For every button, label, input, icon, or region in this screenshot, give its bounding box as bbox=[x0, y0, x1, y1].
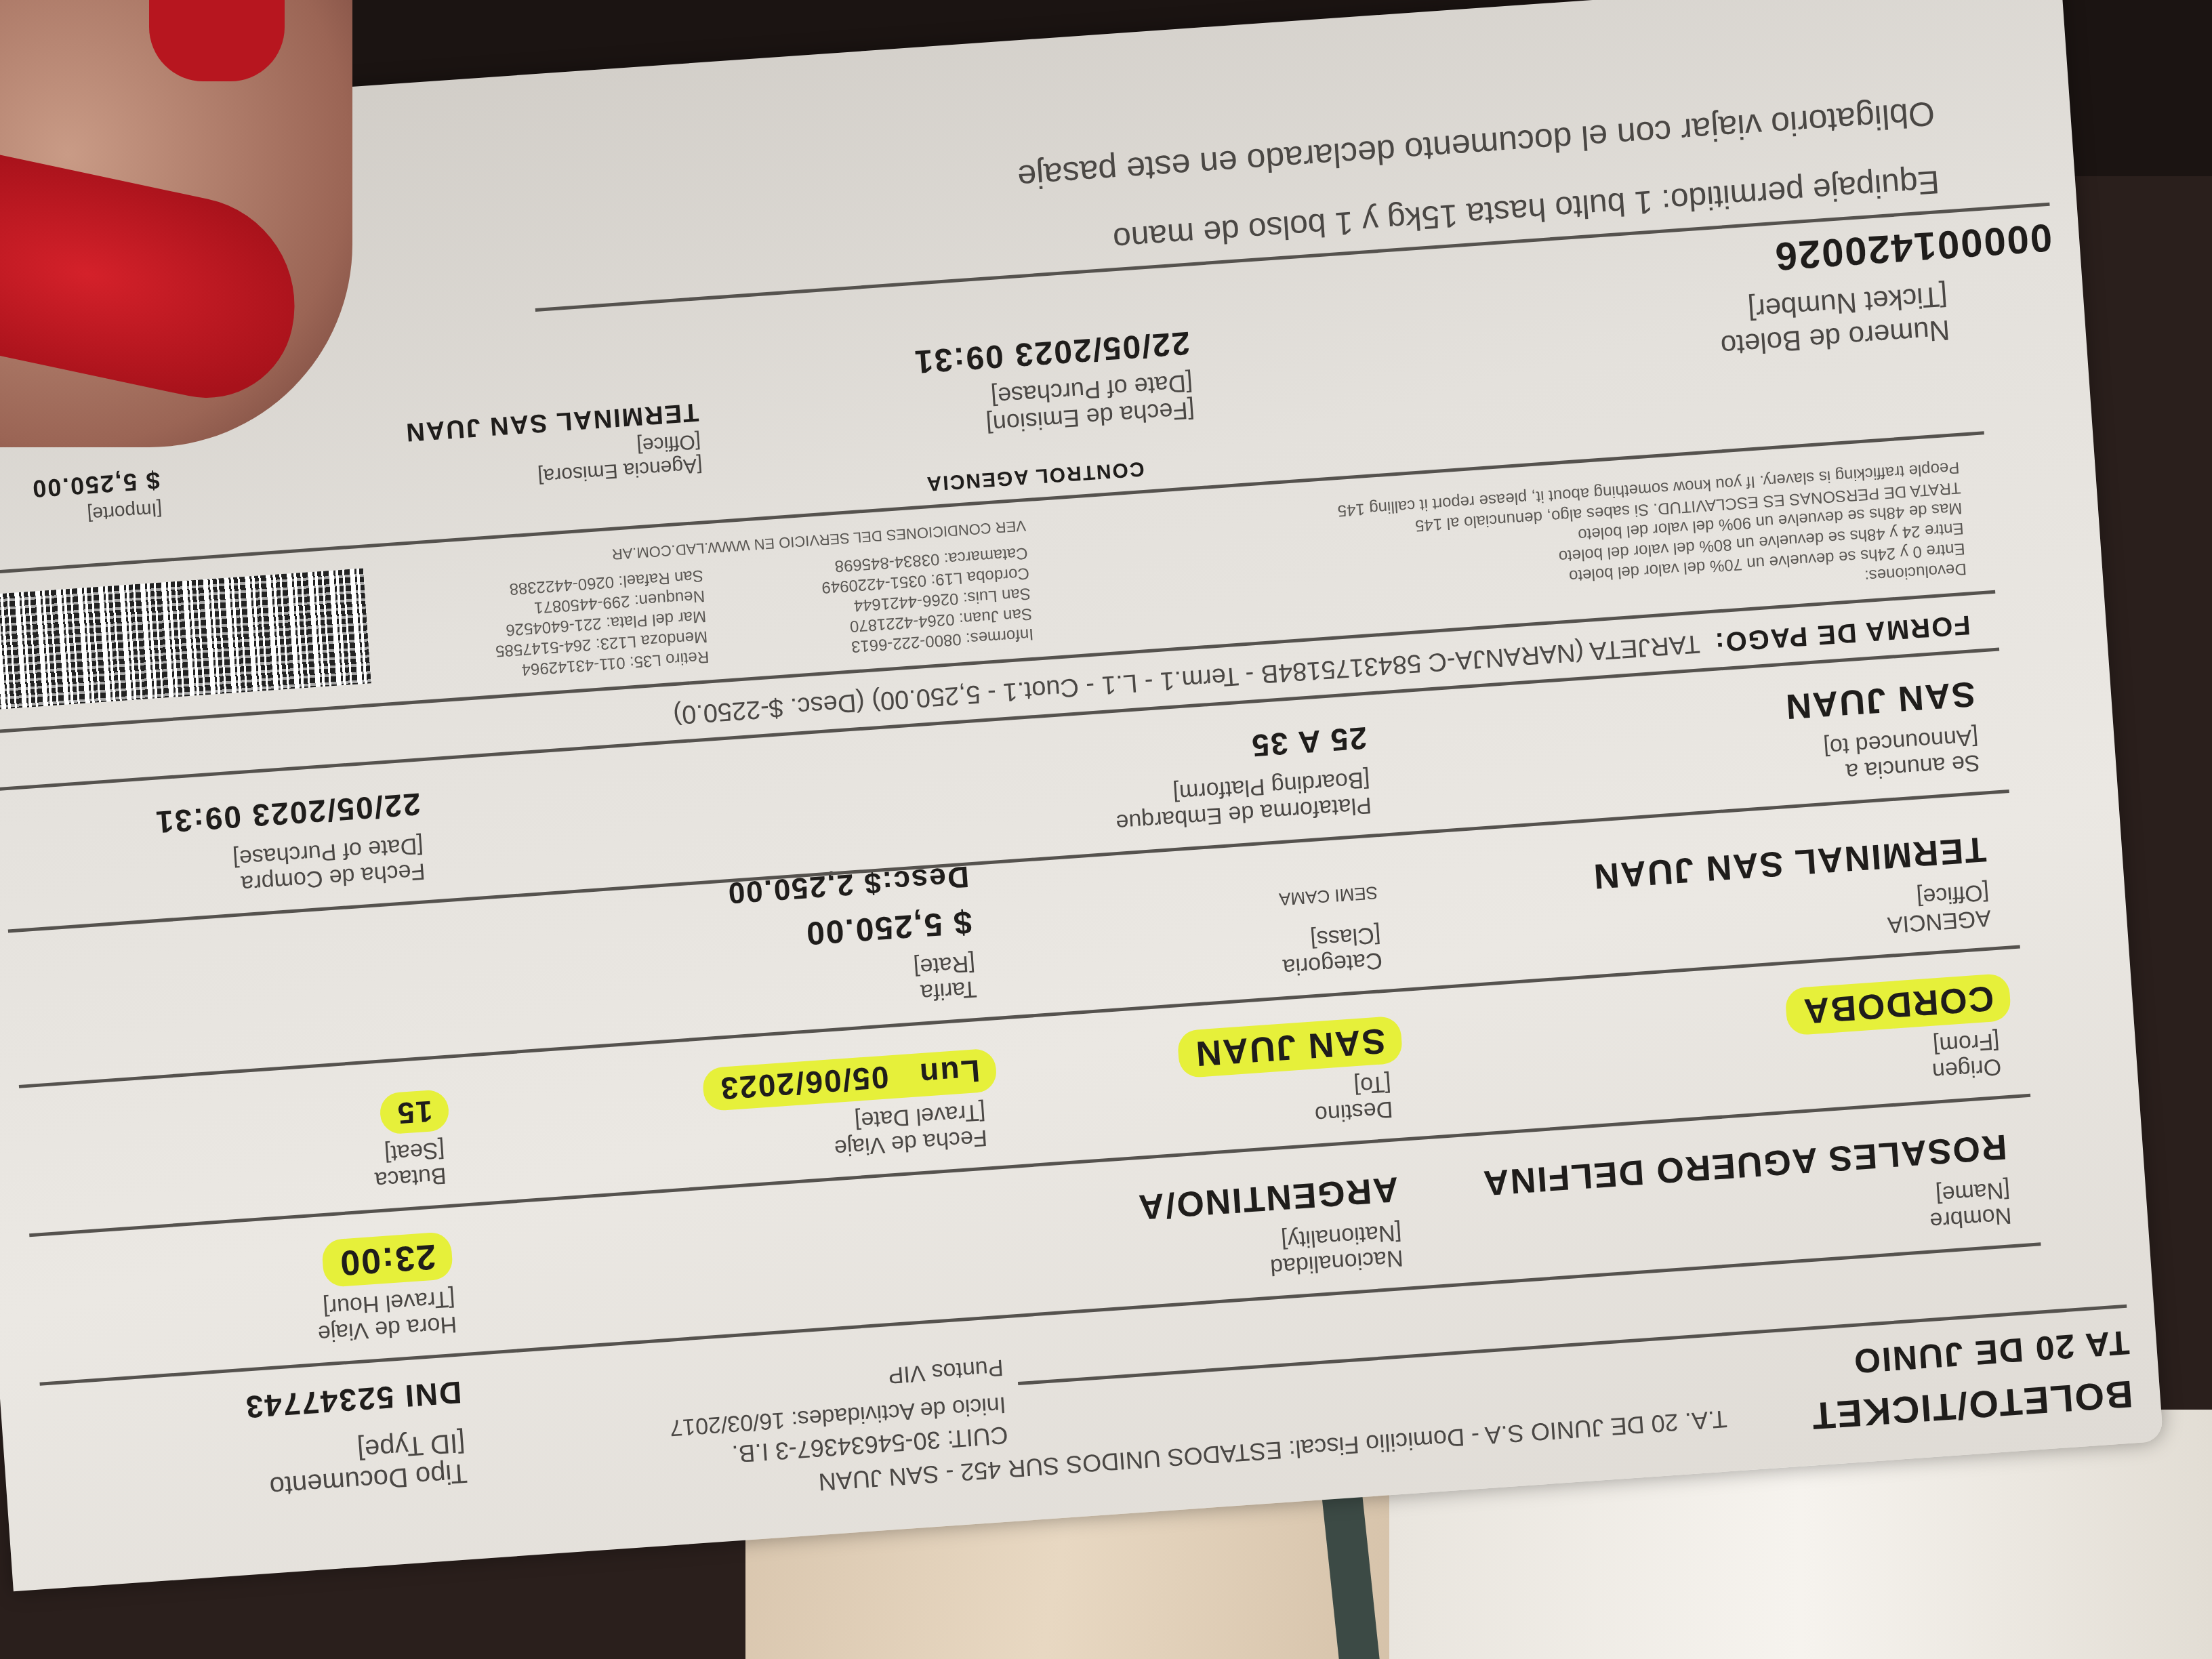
origin: CORDOBA bbox=[1785, 973, 2012, 1036]
control-title: CONTROL AGENCIA bbox=[925, 457, 1145, 495]
boarding-platform: 25 A 35 bbox=[1250, 720, 1368, 764]
destination: SAN JUAN bbox=[1177, 1015, 1404, 1078]
purchase-date: 22/05/2023 09:31 bbox=[154, 786, 422, 841]
phone-list-2: Retiro L35: 011-43142964Mendoza L123: 26… bbox=[491, 565, 710, 682]
payment-label: FORMA DE PAGO: bbox=[1713, 609, 1971, 657]
name-label-en: [Name] bbox=[1935, 1177, 2011, 1207]
agency-label-en: [Office] bbox=[1916, 880, 1990, 909]
origin-label-en: [From] bbox=[1932, 1029, 2000, 1058]
seat-number: 15 bbox=[379, 1089, 450, 1135]
service-class: SEMI CAMA bbox=[1278, 880, 1378, 912]
office-label-en: [Office] bbox=[636, 428, 701, 457]
origin-label: Origen bbox=[1931, 1054, 2002, 1084]
office-label: [Agencia Emisora] bbox=[537, 452, 703, 488]
travel-hour: 23:00 bbox=[321, 1231, 453, 1288]
divider bbox=[19, 945, 2020, 1088]
rate-label-en: [Rate] bbox=[913, 951, 976, 979]
announced-to: SAN JUAN bbox=[1783, 673, 1976, 727]
puntos-vip: Puntos VIP bbox=[887, 1355, 1004, 1388]
document-label: Tipo Documento bbox=[269, 1460, 468, 1498]
name-label: Nombre bbox=[1929, 1203, 2012, 1233]
fingernail bbox=[149, 0, 285, 81]
class-label: Categoria bbox=[1282, 948, 1384, 979]
rate-label: Tarifa bbox=[920, 977, 977, 1005]
agency-label: AGENCIA bbox=[1887, 905, 1992, 937]
barcode bbox=[0, 569, 371, 710]
travel-day: Lun bbox=[918, 1053, 981, 1092]
seat-label-en: [Seat] bbox=[384, 1137, 445, 1166]
refund-policy: Devoluciones:Entre 0 y 24hs se devuelve … bbox=[1337, 457, 1967, 622]
ticket-number: 000001420026 bbox=[1772, 215, 2053, 280]
class-label-en: [Class] bbox=[1309, 922, 1381, 951]
phone-list-1: Informes: 0800-222-6613San Juan: 0264-42… bbox=[819, 542, 1034, 658]
seat-label: Butaca bbox=[374, 1163, 447, 1192]
passenger-name: ROSALES AGUERO DELFINA bbox=[1481, 1126, 2008, 1204]
travel-date: 05/06/2023 bbox=[718, 1059, 890, 1106]
nationality: ARGENTINO/A bbox=[1136, 1168, 1399, 1227]
dest-label-en: [To] bbox=[1353, 1071, 1392, 1099]
document-label-en: [ID Type] bbox=[356, 1430, 466, 1462]
company-name: TA 20 DE JUNIO bbox=[1851, 1323, 2131, 1381]
rate: $ 5,250.00 bbox=[804, 903, 973, 951]
document-value: DNI 52347743 bbox=[243, 1374, 463, 1425]
dest-label: Destino bbox=[1314, 1097, 1394, 1127]
amount-label: [Importe] bbox=[87, 497, 163, 527]
ticket-title: BOLETO/TICKET bbox=[1809, 1372, 2134, 1438]
fingernail bbox=[0, 148, 314, 414]
